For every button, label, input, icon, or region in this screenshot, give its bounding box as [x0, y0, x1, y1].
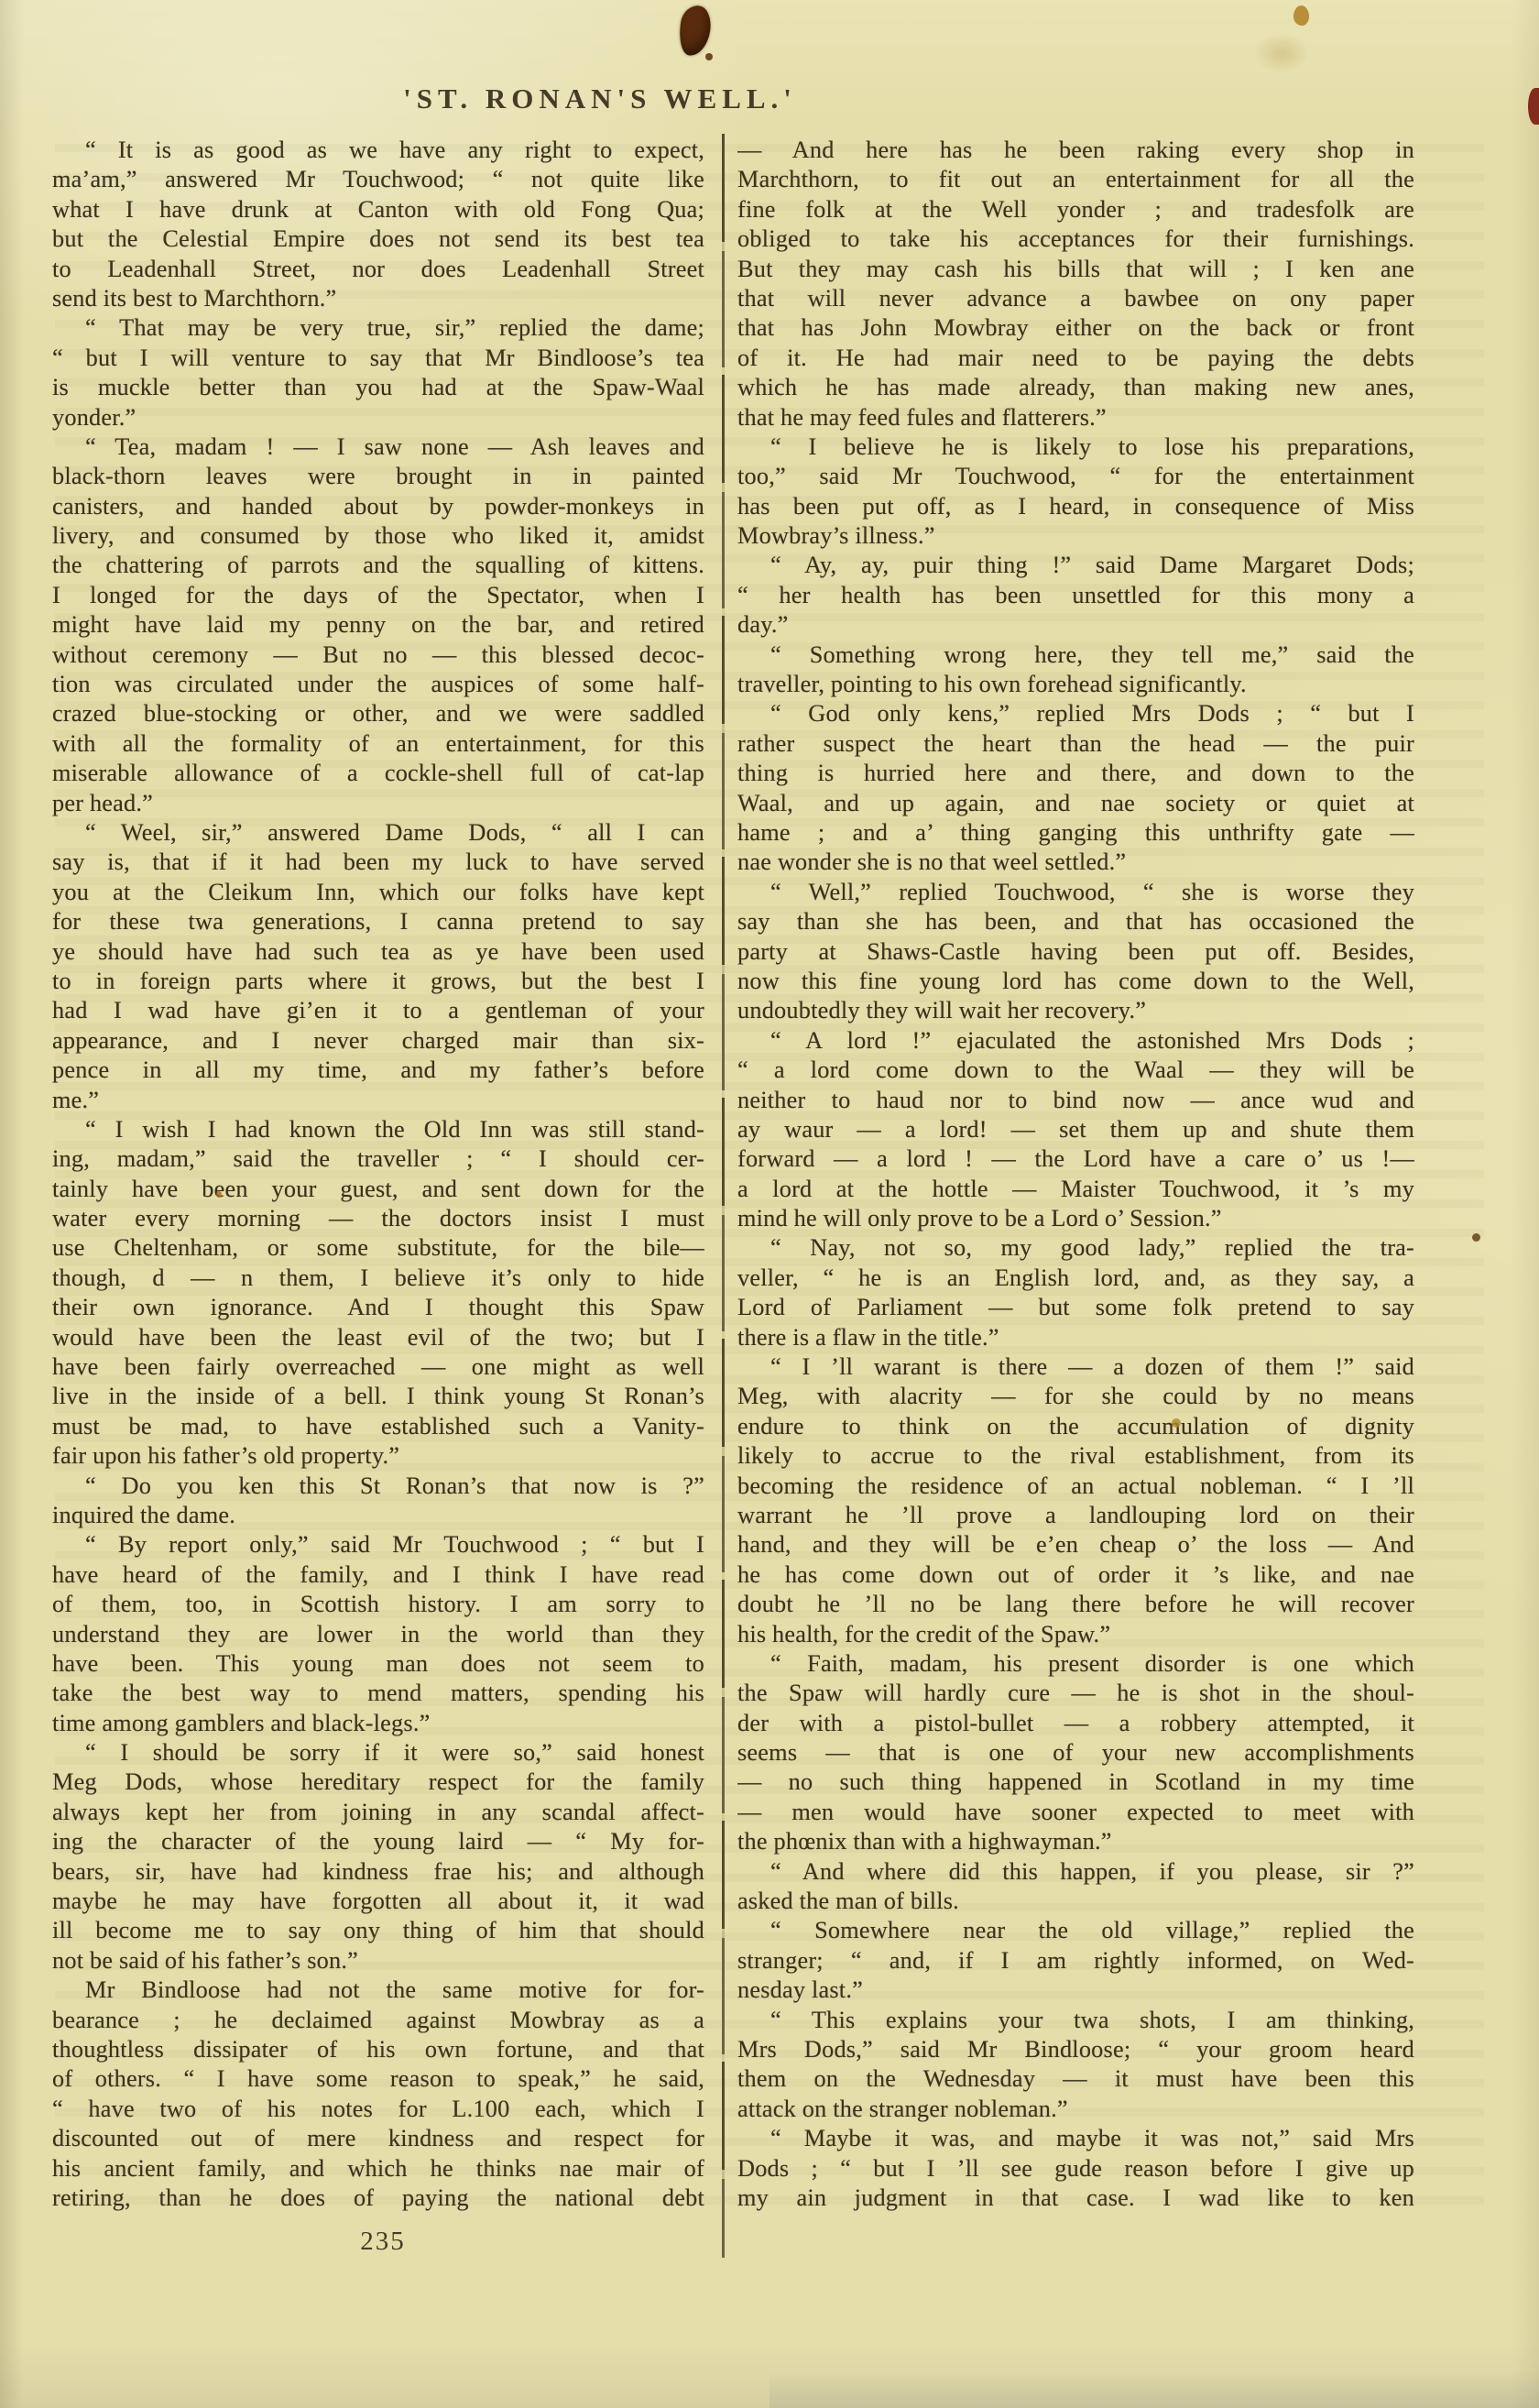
- text-line: time among gamblers and black-legs.”: [52, 1709, 704, 1738]
- text-line: Lord of Parliament — but some folk prete…: [737, 1293, 1414, 1322]
- text-line: “ I believe he is likely to lose his pre…: [737, 432, 1414, 462]
- text-line: neither to haud nor to bind now — ance w…: [737, 1086, 1414, 1115]
- text-line: discounted out of mere kindness and resp…: [52, 2124, 704, 2153]
- text-line: warrant he ’ll prove a landlouping lord …: [737, 1501, 1414, 1530]
- text-line: “ Ay, ay, puir thing !” said Dame Margar…: [737, 551, 1414, 580]
- text-line: my ain judgment in that case. I wad like…: [737, 2184, 1414, 2213]
- text-line: not be said of his father’s son.”: [52, 1946, 704, 1976]
- text-line: his ancient family, and which he thinks …: [52, 2154, 704, 2184]
- text-line: now this fine young lord has come down t…: [737, 967, 1414, 996]
- text-line: Dods ; “ but I ’ll see gude reason befor…: [737, 2154, 1414, 2184]
- text-line: their own ignorance. And I thought this …: [52, 1293, 704, 1322]
- text-line: he has come down out of order it ’s like…: [737, 1560, 1414, 1590]
- text-line: “ but I will venture to say that Mr Bind…: [52, 344, 704, 373]
- text-line: “ Do you ken this St Ronan’s that now is…: [52, 1472, 704, 1501]
- tan-stain: [1293, 5, 1309, 26]
- text-line: them on the Wednesday — it must have bee…: [737, 2064, 1414, 2094]
- text-line: the phœnix than with a highwayman.”: [737, 1827, 1414, 1856]
- text-line: fair upon his father’s old property.”: [52, 1441, 704, 1471]
- text-line: hame ; and a’ thing ganging this unthrif…: [737, 818, 1414, 848]
- paragraph: Mr Bindloose had not the same motive for…: [52, 1976, 704, 2213]
- text-line: day.”: [737, 610, 1414, 640]
- text-line: have been. This young man does not seem …: [52, 1649, 704, 1679]
- text-line: black-thorn leaves were brought in in pa…: [52, 462, 704, 491]
- paragraph: “ Well,” replied Touchwood, “ she is wor…: [737, 878, 1414, 1026]
- text-line: yonder.”: [52, 403, 704, 432]
- text-line: ay waur — a lord! — set them up and shut…: [737, 1115, 1414, 1144]
- paragraph: “ By report only,” said Mr Touchwood ; “…: [52, 1530, 704, 1738]
- text-line: though, d — n them, I believe it’s only …: [52, 1264, 704, 1293]
- text-line: his health, for the credit of the Spaw.”: [737, 1620, 1414, 1649]
- text-line: always kept her from joining in any scan…: [52, 1798, 704, 1827]
- text-line: asked the man of bills.: [737, 1887, 1414, 1916]
- text-line: becoming the residence of an actual nobl…: [737, 1472, 1414, 1501]
- paragraph: “ Ay, ay, puir thing !” said Dame Margar…: [737, 551, 1414, 640]
- text-line: that will never advance a bawbee on ony …: [737, 284, 1414, 313]
- text-line: But they may cash his bills that will ; …: [737, 255, 1414, 284]
- text-line: ing, madam,” said the traveller ; “ I sh…: [52, 1144, 704, 1174]
- paragraph: “ Nay, not so, my good lady,” replied th…: [737, 1233, 1414, 1352]
- red-edge-stain: [1528, 88, 1539, 125]
- paragraph: “ That may be very true, sir,” replied t…: [52, 313, 704, 432]
- text-line: rather suspect the heart than the head —…: [737, 729, 1414, 759]
- text-line: but the Celestial Empire does not send i…: [52, 224, 704, 254]
- ink-blot-satellite-dot: [705, 53, 713, 60]
- text-line: that has John Mowbray either on the back…: [737, 313, 1414, 343]
- scan-edge-shadow: [769, 2371, 1539, 2408]
- text-line: you at the Cleikum Inn, which our folks …: [52, 878, 704, 907]
- text-line: retiring, than he does of paying the nat…: [52, 2184, 704, 2213]
- paragraph: “ I ’ll warant is there — a dozen of the…: [737, 1352, 1414, 1649]
- text-line: miserable allowance of a cockle-shell fu…: [52, 759, 704, 788]
- text-line: a lord at the hottle — Maister Touchwood…: [737, 1175, 1414, 1204]
- text-line: to in foreign parts where it grows, but …: [52, 967, 704, 996]
- text-line: take the best way to mend matters, spend…: [52, 1679, 704, 1708]
- text-line: ye should have had such tea as ye have b…: [52, 937, 704, 967]
- text-line: send its best to Marchthorn.”: [52, 284, 704, 313]
- text-line: “ God only kens,” replied Mrs Dods ; “ b…: [737, 699, 1414, 728]
- text-line: “ Faith, madam, his present disorder is …: [737, 1649, 1414, 1679]
- text-line: seems — that is one of your new accompli…: [737, 1738, 1414, 1768]
- text-line: “ I wish I had known the Old Inn was sti…: [52, 1115, 704, 1144]
- paragraph: “ Faith, madam, his present disorder is …: [737, 1649, 1414, 1857]
- text-line: live in the inside of a bell. I think yo…: [52, 1382, 704, 1411]
- text-line: that he may feed fules and flatterers.”: [737, 403, 1414, 432]
- text-line: crazed blue-stocking or other, and we we…: [52, 699, 704, 728]
- paragraph: “ Maybe it was, and maybe it was not,” s…: [737, 2124, 1414, 2213]
- text-line: “ And where did this happen, if you plea…: [737, 1857, 1414, 1887]
- text-line: “ This explains your twa shots, I am thi…: [737, 2006, 1414, 2035]
- text-line: thoughtless dissipater of his own fortun…: [52, 2035, 704, 2064]
- ink-blot-stain: [676, 4, 713, 58]
- text-line: party at Shaws-Castle having been put of…: [737, 937, 1414, 967]
- left-column: “ It is as good as we have any right to …: [52, 136, 704, 2213]
- text-line: of others. “ I have some reason to speak…: [52, 2064, 704, 2094]
- text-line: must be mad, to have established such a …: [52, 1412, 704, 1441]
- text-line: obliged to take his acceptances for thei…: [737, 224, 1414, 254]
- foxing-speck: [1172, 1418, 1181, 1428]
- text-line: “ a lord come down to the Waal — they wi…: [737, 1056, 1414, 1085]
- right-column: — And here has he been raking every shop…: [737, 136, 1414, 2213]
- text-line: appearance, and I never charged mair tha…: [52, 1026, 704, 1056]
- paragraph: “ A lord !” ejaculated the astonished Mr…: [737, 1026, 1414, 1234]
- text-line: ma’am,” answered Mr Touchwood; “ not qui…: [52, 165, 704, 194]
- text-line: to Leadenhall Street, nor does Leadenhal…: [52, 255, 704, 284]
- text-line: — And here has he been raking every shop…: [737, 136, 1414, 165]
- text-line: me.”: [52, 1086, 704, 1115]
- text-line: nae wonder she is no that weel settled.”: [737, 848, 1414, 877]
- text-line: has been put off, as I heard, in consequ…: [737, 492, 1414, 521]
- text-line: have been fairly overreached — one might…: [52, 1352, 704, 1382]
- text-line: “ By report only,” said Mr Touchwood ; “…: [52, 1530, 704, 1560]
- text-line: “ Somewhere near the old village,” repli…: [737, 1916, 1414, 1945]
- text-line: “ Weel, sir,” answered Dame Dods, “ all …: [52, 818, 704, 848]
- text-line: the chattering of parrots and the squall…: [52, 551, 704, 580]
- text-line: pence in all my time, and my father’s be…: [52, 1056, 704, 1085]
- text-line: water every morning — the doctors insist…: [52, 1204, 704, 1233]
- text-line: veller, “ he is an English lord, and, as…: [737, 1264, 1414, 1293]
- text-line: per head.”: [52, 789, 704, 818]
- paragraph: “ Somewhere near the old village,” repli…: [737, 1916, 1414, 2005]
- text-line: “ Something wrong here, they tell me,” s…: [737, 640, 1414, 670]
- text-line: ill become me to say ony thing of him th…: [52, 1916, 704, 1945]
- text-line: of it. He had mair need to be paying the…: [737, 344, 1414, 373]
- paragraph: “ I wish I had known the Old Inn was sti…: [52, 1115, 704, 1472]
- text-line: “ her health has been unsettled for this…: [737, 581, 1414, 610]
- text-line: attack on the stranger nobleman.”: [737, 2095, 1414, 2124]
- book-page: 'ST. RONAN'S WELL.' “ It is as good as w…: [0, 0, 1539, 2408]
- text-line: of them, too, in Scottish history. I am …: [52, 1590, 704, 1619]
- text-line: doubt he ’ll no be lang there before he …: [737, 1590, 1414, 1619]
- paragraph: “ And where did this happen, if you plea…: [737, 1857, 1414, 1917]
- text-line: “ Tea, madam ! — I saw none — Ash leaves…: [52, 432, 704, 462]
- text-line: with all the formality of an entertainme…: [52, 729, 704, 759]
- text-line: had I wad have gi’en it to a gentleman o…: [52, 996, 704, 1025]
- text-line: Mrs Dods,” said Mr Bindloose; “ your gro…: [737, 2035, 1414, 2064]
- tan-smudge-stain: [1253, 33, 1310, 73]
- text-line: what I have drunk at Canton with old Fon…: [52, 195, 704, 224]
- paragraph: “ I believe he is likely to lose his pre…: [737, 432, 1414, 552]
- text-line: der with a pistol-bullet — a robbery att…: [737, 1709, 1414, 1738]
- text-line: “ Well,” replied Touchwood, “ she is wor…: [737, 878, 1414, 907]
- foxing-speck: [216, 1191, 222, 1198]
- text-line: too,” said Mr Touchwood, “ for the enter…: [737, 462, 1414, 491]
- text-line: tainly have been your guest, and sent do…: [52, 1175, 704, 1204]
- text-line: traveller, pointing to his own forehead …: [737, 670, 1414, 699]
- text-line: ing the character of the young laird — “…: [52, 1827, 704, 1856]
- text-line: nesday last.”: [737, 1976, 1414, 2005]
- text-line: mind he will only prove to be a Lord o’ …: [737, 1204, 1414, 1233]
- paragraph: “ Weel, sir,” answered Dame Dods, “ all …: [52, 818, 704, 1115]
- text-line: would have been the least evil of the tw…: [52, 1323, 704, 1352]
- text-line: the Spaw will hardly cure — he is shot i…: [737, 1679, 1414, 1708]
- text-line: “ A lord !” ejaculated the astonished Mr…: [737, 1026, 1414, 1056]
- text-line: Mr Bindloose had not the same motive for…: [52, 1976, 704, 2005]
- paragraph: “ God only kens,” replied Mrs Dods ; “ b…: [737, 699, 1414, 877]
- paragraph: “ It is as good as we have any right to …: [52, 136, 704, 313]
- text-line: Meg Dods, whose hereditary respect for t…: [52, 1768, 704, 1797]
- text-line: bears, sir, have had kindness frae his; …: [52, 1857, 704, 1887]
- page-title: 'ST. RONAN'S WELL.': [403, 82, 797, 115]
- text-line: bearance ; he declaimed against Mowbray …: [52, 2006, 704, 2035]
- text-line: I longed for the days of the Spectator, …: [52, 581, 704, 610]
- text-line: which he has made already, than making n…: [737, 373, 1414, 402]
- text-line: say is, that if it had been my luck to h…: [52, 848, 704, 877]
- text-line: “ Nay, not so, my good lady,” replied th…: [737, 1233, 1414, 1263]
- text-line: fine folk at the Well yonder ; and trade…: [737, 195, 1414, 224]
- text-line: say than she has been, and that has occa…: [737, 907, 1414, 936]
- text-line: “ I ’ll warant is there — a dozen of the…: [737, 1352, 1414, 1382]
- text-line: Waal, and up again, and nae society or q…: [737, 789, 1414, 818]
- text-line: tion was circulated under the auspices o…: [52, 670, 704, 699]
- text-line: canisters, and handed about by powder-mo…: [52, 492, 704, 521]
- text-line: “ have two of his notes for L.100 each, …: [52, 2095, 704, 2124]
- text-line: “ I should be sorry if it were so,” said…: [52, 1738, 704, 1768]
- text-line: “ It is as good as we have any right to …: [52, 136, 704, 165]
- text-line: maybe he may have forgotten all about it…: [52, 1887, 704, 1916]
- text-line: livery, and consumed by those who liked …: [52, 521, 704, 551]
- paragraph: “ I should be sorry if it were so,” said…: [52, 1738, 704, 1976]
- text-line: — men would have sooner expected to meet…: [737, 1798, 1414, 1827]
- text-line: endure to think on the accumulation of d…: [737, 1412, 1414, 1441]
- text-line: Marchthorn, to fit out an entertainment …: [737, 165, 1414, 194]
- text-line: might have laid my penny on the bar, and…: [52, 610, 704, 640]
- text-line: without ceremony — But no — this blessed…: [52, 640, 704, 670]
- text-line: Meg, with alacrity — for she could by no…: [737, 1382, 1414, 1411]
- text-line: for these twa generations, I canna prete…: [52, 907, 704, 936]
- text-line: — no such thing happened in Scotland in …: [737, 1768, 1414, 1797]
- text-line: use Cheltenham, or some substitute, for …: [52, 1233, 704, 1263]
- text-line: understand they are lower in the world t…: [52, 1620, 704, 1649]
- text-line: is muckle better than you had at the Spa…: [52, 373, 704, 402]
- text-line: thing is hurried here and there, and dow…: [737, 759, 1414, 788]
- text-line: stranger; “ and, if I am rightly informe…: [737, 1946, 1414, 1976]
- text-line: hand, and they will be e’en cheap o’ the…: [737, 1530, 1414, 1560]
- paragraph: “ Something wrong here, they tell me,” s…: [737, 640, 1414, 700]
- text-line: likely to accrue to the rival establishm…: [737, 1441, 1414, 1471]
- text-line: forward — a lord ! — the Lord have a car…: [737, 1144, 1414, 1174]
- text-line: “ That may be very true, sir,” replied t…: [52, 313, 704, 343]
- column-divider-rule: [722, 134, 725, 2258]
- text-line: have heard of the family, and I think I …: [52, 1560, 704, 1590]
- text-line: “ Maybe it was, and maybe it was not,” s…: [737, 2124, 1414, 2153]
- paragraph: — And here has he been raking every shop…: [737, 136, 1414, 432]
- text-line: there is a flaw in the title.”: [737, 1323, 1414, 1352]
- foxing-speck: [1472, 1233, 1480, 1242]
- paragraph: “ Tea, madam ! — I saw none — Ash leaves…: [52, 432, 704, 818]
- paragraph: “ Do you ken this St Ronan’s that now is…: [52, 1472, 704, 1531]
- text-line: undoubtedly they will wait her recovery.…: [737, 996, 1414, 1025]
- text-line: inquired the dame.: [52, 1501, 704, 1530]
- paragraph: “ This explains your twa shots, I am thi…: [737, 2006, 1414, 2125]
- text-line: Mowbray’s illness.”: [737, 521, 1414, 551]
- page-number: 235: [360, 2227, 406, 2257]
